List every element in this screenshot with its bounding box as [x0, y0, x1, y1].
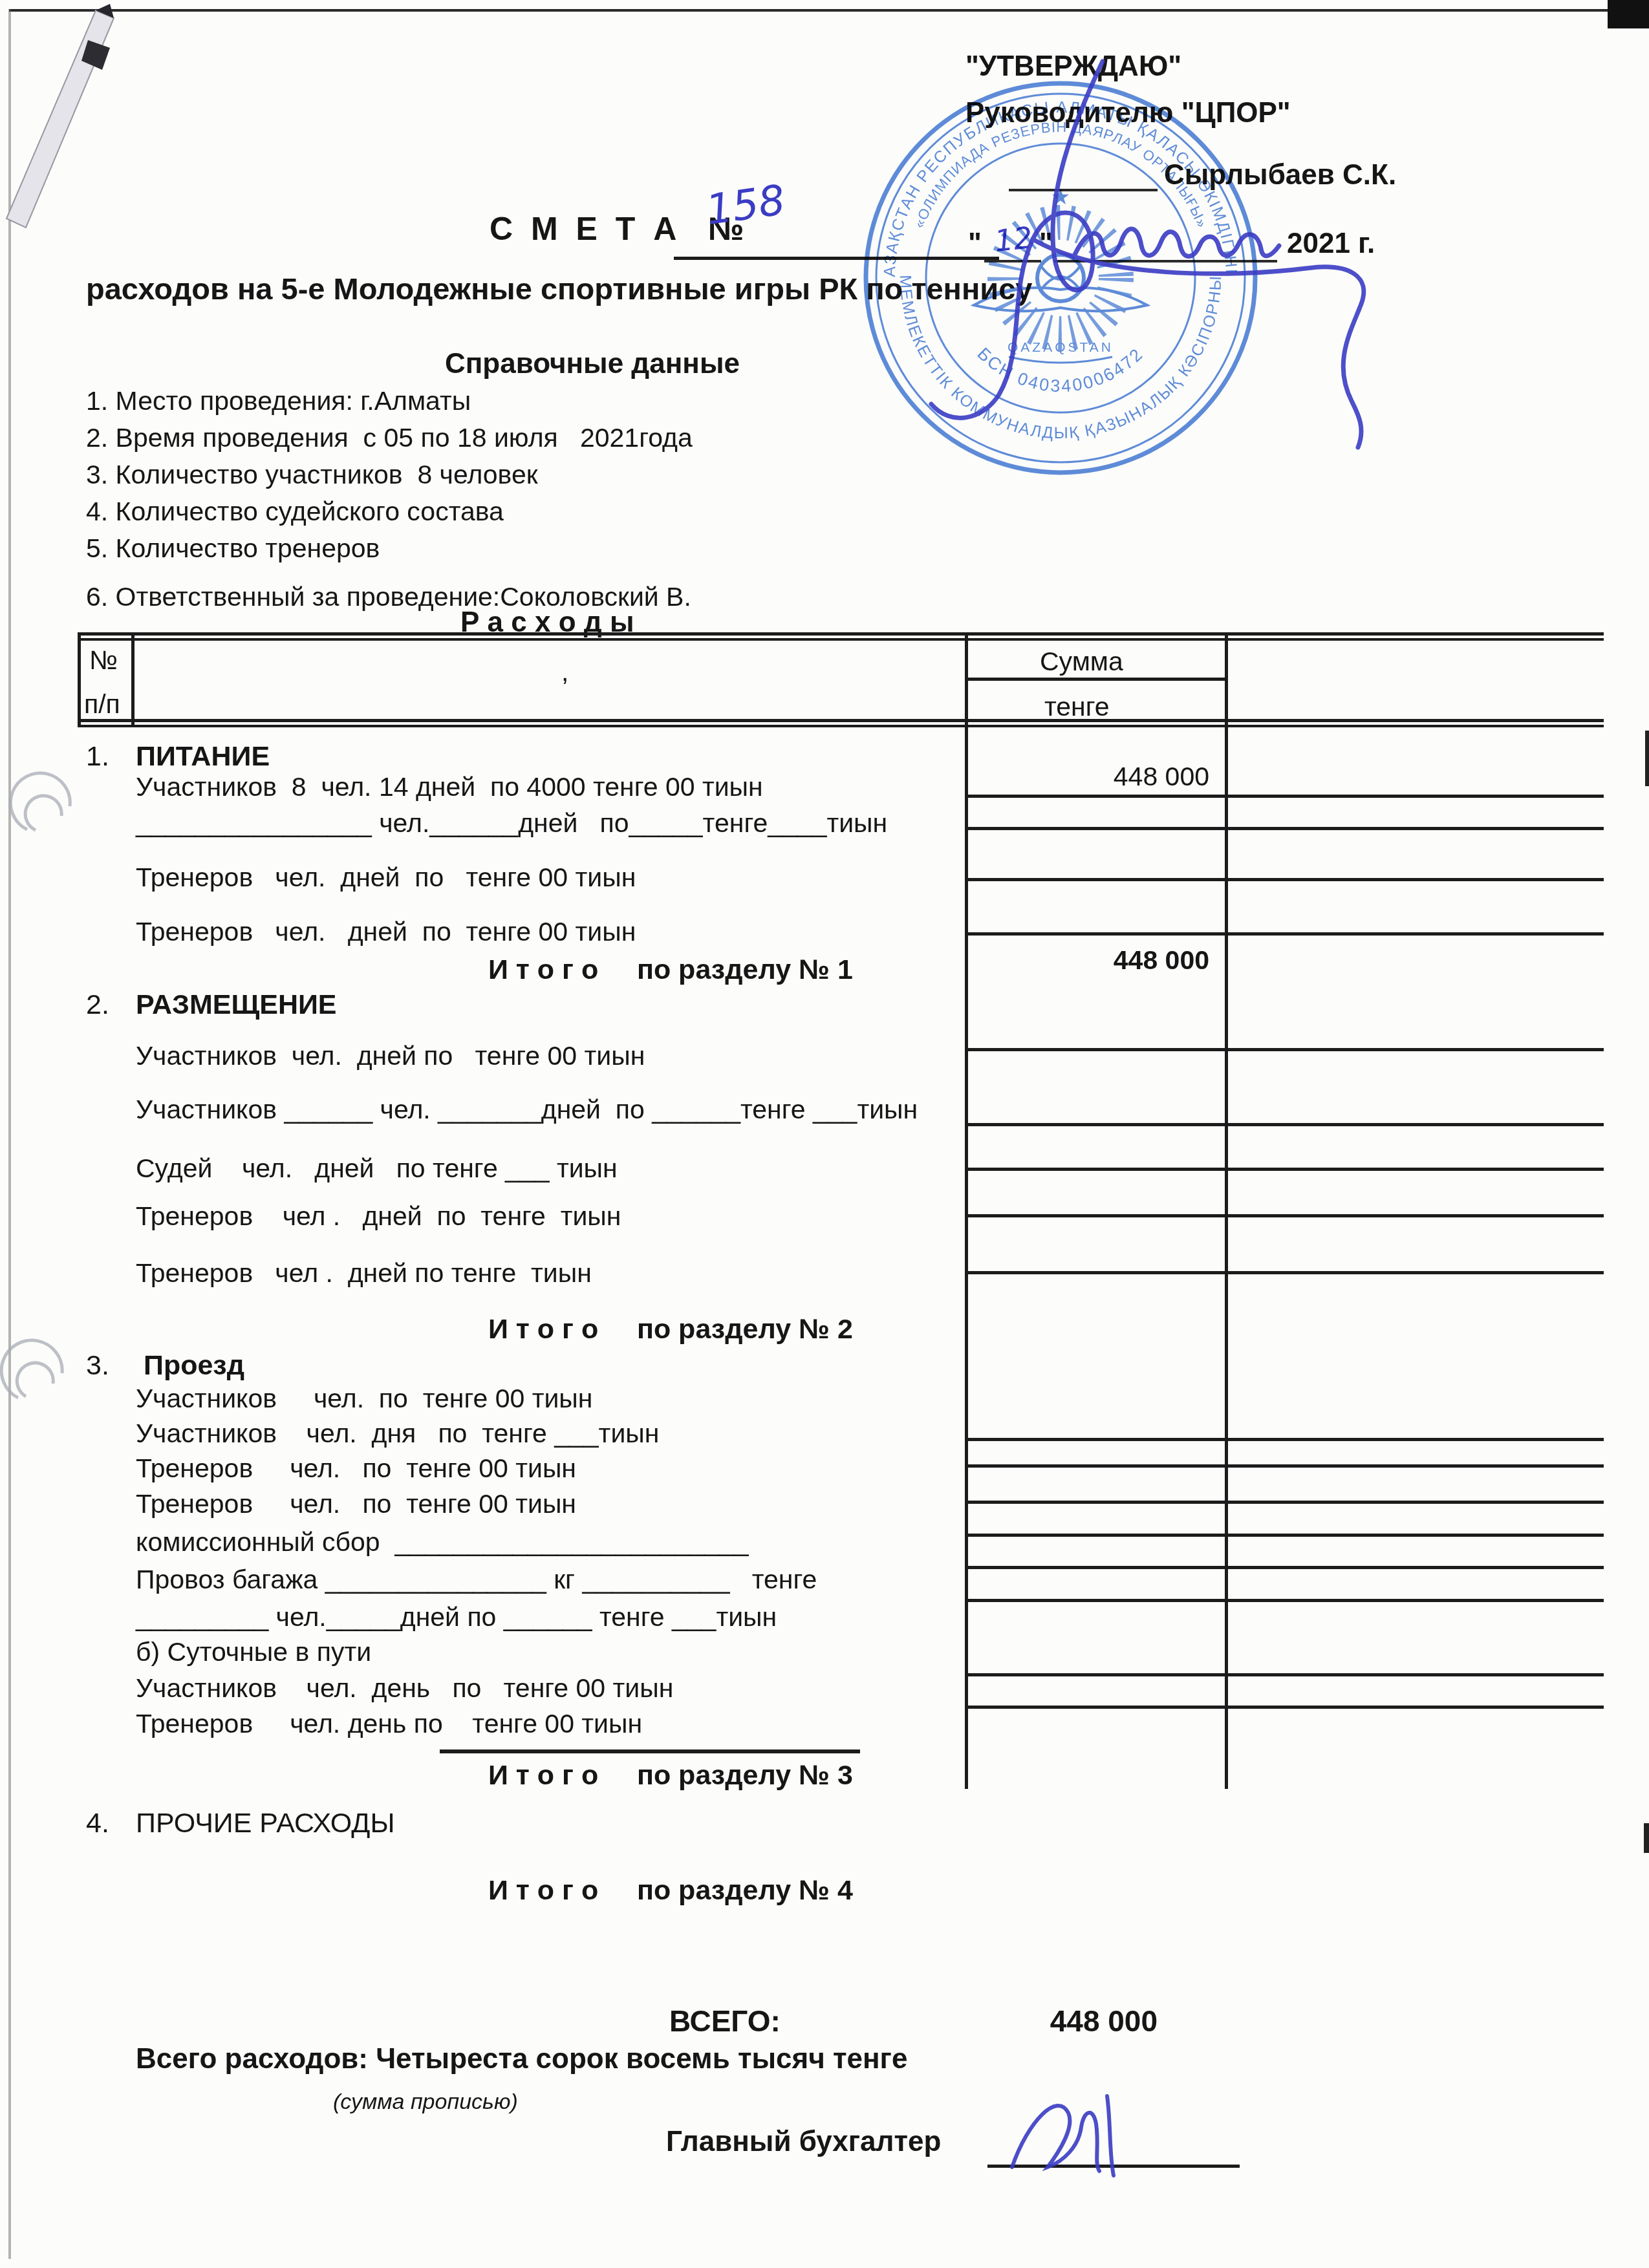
- date-quote-open: ": [968, 228, 982, 261]
- chief-accountant-label: Главный бухгалтер: [666, 2126, 941, 2159]
- table-grid-line: [965, 795, 1604, 798]
- amount-in-words: Всего расходов: Четыреста сорок восемь т…: [136, 2043, 907, 2076]
- table-grid-line: [965, 1706, 1604, 1709]
- table-grid-line: [131, 632, 135, 727]
- reference-item: 1. Место проведения: г.Алматы: [86, 386, 471, 416]
- section-total-amount: 448 000: [976, 945, 1209, 976]
- approve-heading: "УТВЕРЖДАЮ": [965, 50, 1181, 83]
- table-grid-line: [965, 632, 968, 1789]
- section-total-label: И т о г о по разделу № 2: [488, 1314, 853, 1345]
- signature-line: [1009, 189, 1158, 191]
- handwritten-day: 12: [993, 220, 1034, 259]
- section-number: 2.: [86, 989, 109, 1021]
- table-grid-line: [78, 719, 1604, 722]
- date-month-line: [1054, 260, 1277, 262]
- expense-row: б) Суточные в пути: [136, 1637, 371, 1667]
- expense-row: Тренеров чел. дней по тенге 00 тиын: [136, 917, 636, 947]
- col-number-header-bottom: п/п: [84, 689, 120, 720]
- expense-row: Провоз багажа _______________ кг _______…: [136, 1565, 817, 1595]
- scanned-smeta-document: "УТВЕРЖДАЮ" Руководителю "ЦПОР" Сырлыбае…: [0, 0, 1649, 2268]
- accountant-signature-line: [987, 2165, 1240, 2168]
- table-grid-line: [78, 725, 1604, 727]
- grand-total-amount: 448 000: [879, 2004, 1158, 2038]
- table-grid-line: [965, 1566, 1604, 1569]
- section-total-label: И т о г о по разделу № 1: [488, 954, 853, 986]
- table-grid-line: [965, 878, 1604, 881]
- table-grid-line: [965, 1464, 1604, 1468]
- date-quote-close: ": [1039, 228, 1053, 261]
- scan-right-mark: [1645, 731, 1649, 786]
- expense-row: ________________ чел.______дней по_____т…: [136, 808, 887, 839]
- table-grid-line: [965, 1168, 1604, 1171]
- table-grid-line: [965, 1048, 1604, 1051]
- accountant-signature-ink: [1012, 2096, 1114, 2176]
- table-grid-line: [965, 1673, 1604, 1676]
- table-grid-line: [965, 1214, 1604, 1217]
- smeta-subtitle: расходов на 5-е Молодежные спортивные иг…: [86, 272, 1033, 306]
- table-grid-line: [965, 1271, 1604, 1274]
- expense-row: Тренеров чел. дней по тенге 00 тиын: [136, 862, 636, 893]
- stamp-center-label: QAZAQSTAN: [1008, 340, 1114, 355]
- reference-item: 5. Количество тренеров: [86, 533, 380, 564]
- section-title: РАЗМЕЩЕНИЕ: [136, 989, 337, 1021]
- expense-row: Участников чел. дня по тенге ___тиын: [136, 1418, 659, 1449]
- date-day-line: [984, 260, 1041, 262]
- section-number: 3.: [86, 1350, 109, 1382]
- scan-cord-artifact: [6, 4, 114, 228]
- expense-row: Тренеров чел. по тенге 00 тиын: [136, 1489, 576, 1519]
- expense-row: Участников 8 чел. 14 дней по 4000 тенге …: [136, 772, 763, 802]
- table-grid-line: [965, 1438, 1604, 1441]
- expense-row: Тренеров чел . дней по тенге тиын: [136, 1258, 592, 1289]
- expense-row: Тренеров чел. день по тенге 00 тиын: [136, 1709, 642, 1739]
- expense-row: Участников ______ чел. _______дней по __…: [136, 1095, 918, 1125]
- col-number-header-top: №: [89, 645, 118, 676]
- expense-row: _________ чел._____дней по ______ тенге …: [136, 1602, 777, 1632]
- col-description-header: ,: [561, 657, 568, 687]
- expense-row: Участников чел. день по тенге 00 тиын: [136, 1673, 673, 1704]
- expense-row: Тренеров чел. по тенге 00 тиын: [136, 1453, 576, 1484]
- section-title: ПРОЧИЕ РАСХОДЫ: [136, 1808, 394, 1839]
- table-grid-line: [965, 1599, 1604, 1602]
- words-note: (сумма прописью): [333, 2090, 518, 2115]
- scan-left-edge: [8, 9, 11, 2259]
- table-grid-line: [965, 1534, 1604, 1537]
- stamp-bin-text: БСН 040340006472: [974, 344, 1148, 396]
- table-grid-line: [965, 827, 1604, 830]
- reference-heading: Справочные данные: [445, 348, 740, 381]
- approve-addressee: Руководителю "ЦПОР": [965, 97, 1291, 130]
- col-sum-header-top: Сумма: [1040, 647, 1123, 677]
- expense-row: Тренеров чел . дней по тенге тиын: [136, 1201, 621, 1232]
- total-closing-line: [440, 1749, 860, 1753]
- scan-top-edge: [9, 9, 1608, 12]
- expense-row: Участников чел. по тенге 00 тиын: [136, 1384, 592, 1414]
- table-grid-line: [965, 1123, 1604, 1126]
- reference-item: 4. Количество судейского состава: [86, 497, 504, 527]
- grand-total-label: ВСЕГО:: [669, 2004, 781, 2038]
- scan-swirl-artifact: [1, 773, 70, 1398]
- reference-item: 3. Количество участников 8 человек: [86, 460, 538, 490]
- section-number: 1.: [86, 741, 109, 773]
- reference-item: 2. Время проведения с 05 по 18 июля 2021…: [86, 423, 693, 453]
- table-grid-line: [78, 632, 1604, 636]
- expense-row: Судей чел. дней по тенге ___ тиын: [136, 1153, 618, 1184]
- scan-corner-black: [1608, 0, 1649, 28]
- section-title: Проезд: [144, 1350, 244, 1382]
- approver-name: Сырлыбаев С.К.: [1164, 159, 1396, 192]
- section-title: ПИТАНИЕ: [136, 741, 270, 773]
- scan-right-mark: [1644, 1823, 1649, 1853]
- date-year: 2021 г.: [1287, 228, 1375, 261]
- ink-overlay: [0, 0, 1649, 2268]
- table-grid-line: [78, 638, 1604, 641]
- table-grid-line: [965, 1501, 1604, 1504]
- table-grid-line: [1225, 632, 1228, 1789]
- table-grid-line: [965, 678, 1225, 681]
- row-amount: 448 000: [976, 762, 1209, 792]
- table-grid-line: [965, 932, 1604, 936]
- col-sum-header-bottom: тенге: [1044, 692, 1110, 722]
- section-total-label: И т о г о по разделу № 4: [488, 1875, 853, 1907]
- smeta-number-line: [674, 257, 999, 260]
- expense-row: комиссионный сбор ______________________…: [136, 1527, 749, 1557]
- expense-row: Участников чел. дней по тенге 00 тиын: [136, 1041, 645, 1071]
- section-number: 4.: [86, 1808, 109, 1839]
- section-total-label: И т о г о по разделу № 3: [488, 1760, 853, 1792]
- table-grid-line: [78, 632, 81, 727]
- svg-text:БСН 040340006472: БСН 040340006472: [974, 344, 1148, 396]
- smeta-number-handwritten: 158: [703, 177, 788, 235]
